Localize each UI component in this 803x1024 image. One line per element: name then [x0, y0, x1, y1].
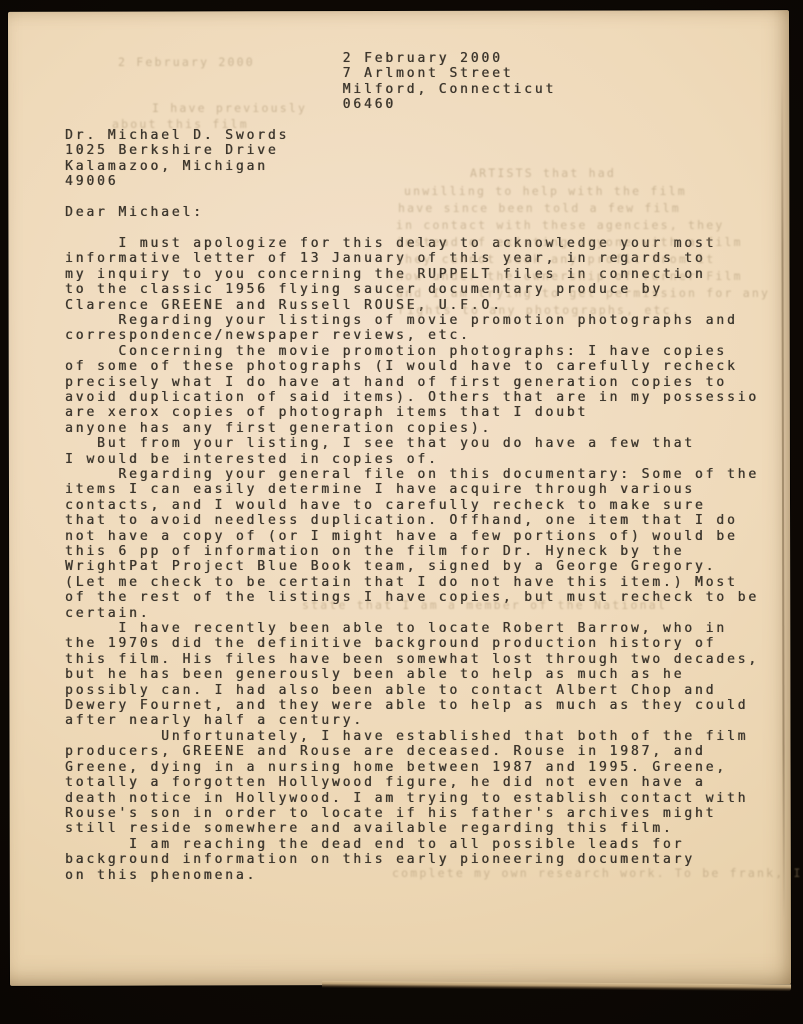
bleedthrough-text: 2 February 2000 [118, 55, 255, 69]
bleedthrough-text: rights to any photographs, etc. [398, 303, 681, 317]
bleedthrough-text: they cannot seek any profit from it [396, 252, 715, 266]
bleedthrough-text: complete my own research work. To be fra… [392, 866, 803, 880]
bleedthrough-text: in contact with these agencies, they [396, 218, 724, 232]
bleedthrough-text: unwilling to help with the film [404, 184, 687, 198]
bleedthrough-text: have since been told a few film [398, 201, 681, 215]
bleedthrough-text: now under the ownership of Turner Film [396, 269, 743, 283]
bleedthrough-text: ARTISTS that had [470, 166, 616, 180]
bleedthrough-text: state that I am a member of the National [302, 598, 667, 612]
bleedthrough-text: instead of existing anyone with a film [396, 235, 743, 249]
bleedthrough-text: about this film [112, 117, 249, 131]
letter-body-text: 2 February 2000 7 Arlmont Street Milford… [65, 51, 785, 883]
bleedthrough-text: I have previously [152, 101, 307, 115]
bleedthrough-text: and I am trying to get permission for an… [396, 286, 770, 300]
